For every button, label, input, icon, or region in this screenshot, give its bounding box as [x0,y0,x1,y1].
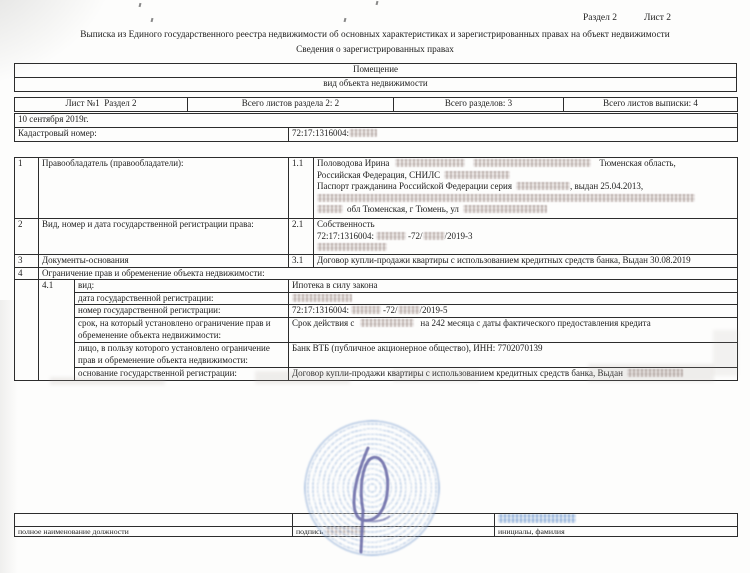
section-number: Раздел 2 [583,13,617,23]
signature-scribble [330,430,420,558]
basis-documents-label: Документы-основания [39,255,289,268]
name-box [495,514,738,527]
document-subtitle: Сведения о зарегистрированных правах [15,45,735,55]
egrn-extract-document: Раздел 2 Лист 2 Выписка из Единого госуд… [0,0,750,573]
cadastral-number-label: Кадастровый номер: [15,128,289,142]
encumbrance-regnumber-value: 72:17:1316004:-72//2019-5 [289,305,738,318]
redacted-text [360,319,414,327]
scan-noise-mark [376,1,379,5]
scan-ghost-text [255,371,350,384]
row-number: 4 [15,267,39,280]
row-number: 1 [15,158,39,219]
scan-noise-mark [344,18,347,22]
encumbrance-regdate-value [289,292,738,305]
encumbrance-term-value: Срок действия сна 242 месяца с даты факт… [289,317,738,342]
rightholder-value: Половодова ИринаТюменская область, Росси… [314,158,738,219]
row-number: 3 [15,255,39,268]
page-header-right: Раздел 2 Лист 2 [583,13,703,23]
row-subnumber: 2.1 [289,219,314,255]
redacted-text [317,243,387,251]
document-title: Выписка из Единого государственного реес… [15,30,735,40]
encumbrance-regnumber-label: номер государственной регистрации: [75,305,289,318]
position-caption: полное наименование должности [15,526,293,536]
sheet-number: Лист 2 [644,13,671,23]
sheet-info-cell: Всего листов раздела 2: 2 [188,98,394,112]
redacted-text [423,232,445,240]
extract-date: 10 сентября 2019г. [15,114,738,128]
redacted-text [376,232,406,240]
redacted-text [463,205,547,213]
row-subnumber: 3.1 [289,255,314,268]
encumbrance-term-label: срок, на который установлено ограничение… [75,317,289,342]
basis-documents-value: Договор купли-продажи квартиры с использ… [314,255,738,268]
sheet-info-cell: Лист №1 Раздел 2 [15,98,188,112]
encumbrance-regdate-label: дата государственной регистрации: [75,292,289,305]
registration-label: Вид, номер и дата государственной регист… [39,219,289,255]
encumbrance-beneficiary-label: лицо, в пользу которого установлено огра… [75,342,289,367]
position-box [15,514,293,527]
meta-table: 10 сентября 2019г. Кадастровый номер: 72… [14,113,738,142]
redacted-text [317,205,343,213]
empty-cell [15,280,39,381]
rightholder-label: Правообладатель (правообладатели): [39,158,289,219]
scan-ghost-text [588,364,714,382]
row-subnumber: 1.1 [289,158,314,219]
redacted-text [317,194,695,202]
scan-ghost-text [393,369,479,382]
scan-ghost-text [50,377,165,385]
redacted-text [395,159,465,167]
scan-ghost-text [713,330,738,376]
redacted-text [398,306,420,314]
redacted-text [351,306,381,314]
object-type-caption: вид объекта недвижимости [15,78,737,92]
row-subnumber: 4.1 [39,280,75,381]
encumbrance-header: Ограничение прав и обременение объекта н… [39,267,738,280]
sheet-info-cell: Всего листов выписки: 4 [564,98,738,112]
object-type-table: Помещение вид объекта недвижимости [14,63,737,92]
rights-table: 1 Правообладатель (правообладатели): 1.1… [14,157,738,381]
redacted-text [292,294,352,302]
object-type-value: Помещение [15,64,737,78]
sheet-info-table: Лист №1 Раздел 2 Всего листов раздела 2:… [14,97,738,112]
registration-value: Собственность 72:17:1316004:-72//2019-3 [314,219,738,255]
cadastral-number-value: 72:17:1316004: [289,128,738,142]
scan-noise-mark [139,3,142,7]
row-number: 2 [15,219,39,255]
encumbrance-kind-label: вид: [75,280,289,293]
redacted-text [349,129,377,137]
encumbrance-kind-value: Ипотека в силу закона [289,280,738,293]
redacted-text [444,171,510,179]
redacted-text [473,159,591,167]
sheet-info-cell: Всего разделов: 3 [394,98,564,112]
redacted-name [498,514,576,523]
name-caption: инициалы, фамилия [495,526,738,536]
scan-noise-mark [151,18,154,22]
redacted-text [516,182,570,190]
